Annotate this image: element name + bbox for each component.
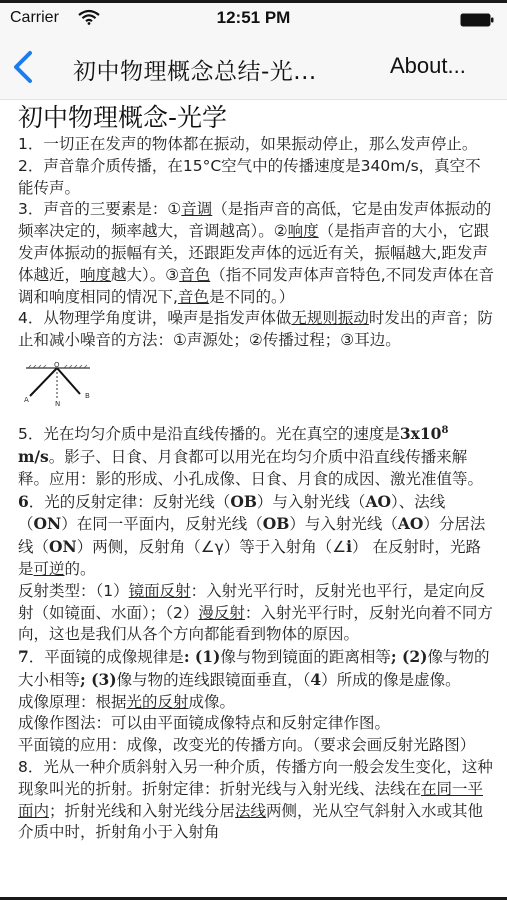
- carrier-label: Carrier: [10, 9, 59, 27]
- reflection-diagram: O A B N: [20, 358, 105, 408]
- term-pitch: 音调: [181, 200, 212, 218]
- paragraph-5: 5．光在均匀介质中是沿直线传播的。光在真空的速度是3x108 m/s。影子、日食…: [18, 420, 496, 491]
- navigation-bar: 初中物理概念总结-光... About...: [0, 33, 507, 100]
- battery-full-icon: [460, 13, 494, 27]
- paragraph-1: 1．一切正在发声的物体都在振动，如果振动停止，那么发声停止。: [18, 134, 496, 156]
- svg-text:A: A: [24, 396, 29, 404]
- paragraph-6: 6．光的反射定律：反射光线（OB）与入射光线（AO）、法线（ON）在同一平面内，…: [18, 491, 496, 581]
- about-button[interactable]: About...: [390, 53, 466, 79]
- paragraph-8: 8．光从一种介质斜射入另一种介质，传播方向一般会发生变化，这种现象叫光的折射。折…: [18, 757, 496, 844]
- paragraph-reflection-types: 反射类型：（1）镜面反射：入射光平行时，反射光也平行，是定向反射（如镜面、水面）…: [18, 581, 496, 646]
- nav-title: 初中物理概念总结-光...: [73, 53, 317, 86]
- term-timbre: 音色: [179, 266, 210, 284]
- paragraph-4: 4．从物理学角度讲，噪声是指发声体做无规则振动时发出的声音；防止和减小噪音的方法…: [18, 308, 496, 352]
- svg-text:O: O: [54, 361, 60, 369]
- clock: 12:51 PM: [0, 8, 507, 28]
- wifi-icon: [78, 9, 100, 25]
- paragraph-mirror-application: 平面镜的应用：成像，改变光的传播方向。（要求会画反射光路图）: [18, 735, 496, 757]
- term-specular-reflection: 镜面反射: [129, 582, 191, 600]
- document-content: 初中物理概念-光学 1．一切正在发声的物体都在振动，如果振动停止，那么发声停止。…: [18, 103, 496, 844]
- chevron-left-icon[interactable]: [10, 49, 40, 85]
- paragraph-2: 2．声音靠介质传播，在15°C空气中的传播速度是340m/s，真空不能传声。: [18, 156, 496, 200]
- document-heading: 初中物理概念-光学: [18, 103, 496, 133]
- term-normal-line: 法线: [235, 802, 266, 820]
- paragraph-imaging-principle: 成像原理：根据光的反射成像。: [18, 692, 496, 714]
- svg-text:N: N: [55, 400, 60, 408]
- svg-text:B: B: [85, 392, 90, 400]
- term-reversible: 可逆: [34, 560, 65, 578]
- term-timbre: 音色: [178, 288, 209, 306]
- paragraph-imaging-method: 成像作图法：可以由平面镜成像特点和反射定律作图。: [18, 713, 496, 735]
- term-irregular-vibration: 无规则振动: [291, 309, 369, 327]
- term-diffuse-reflection: 漫反射: [198, 604, 245, 622]
- term-loudness: 响度: [288, 222, 319, 240]
- paragraph-7: 7．平面镜的成像规律是: (1)像与物到镜面的距离相等; (2)像与物的大小相等…: [18, 646, 496, 692]
- term-loudness: 响度: [80, 266, 111, 284]
- status-bar: Carrier 12:51 PM: [0, 3, 507, 33]
- paragraph-3: 3．声音的三要素是：①音调（是指声音的高低，它是由发声体振动的频率决定的，频率越…: [18, 199, 496, 308]
- term-light-reflection: 光的反射: [127, 693, 189, 711]
